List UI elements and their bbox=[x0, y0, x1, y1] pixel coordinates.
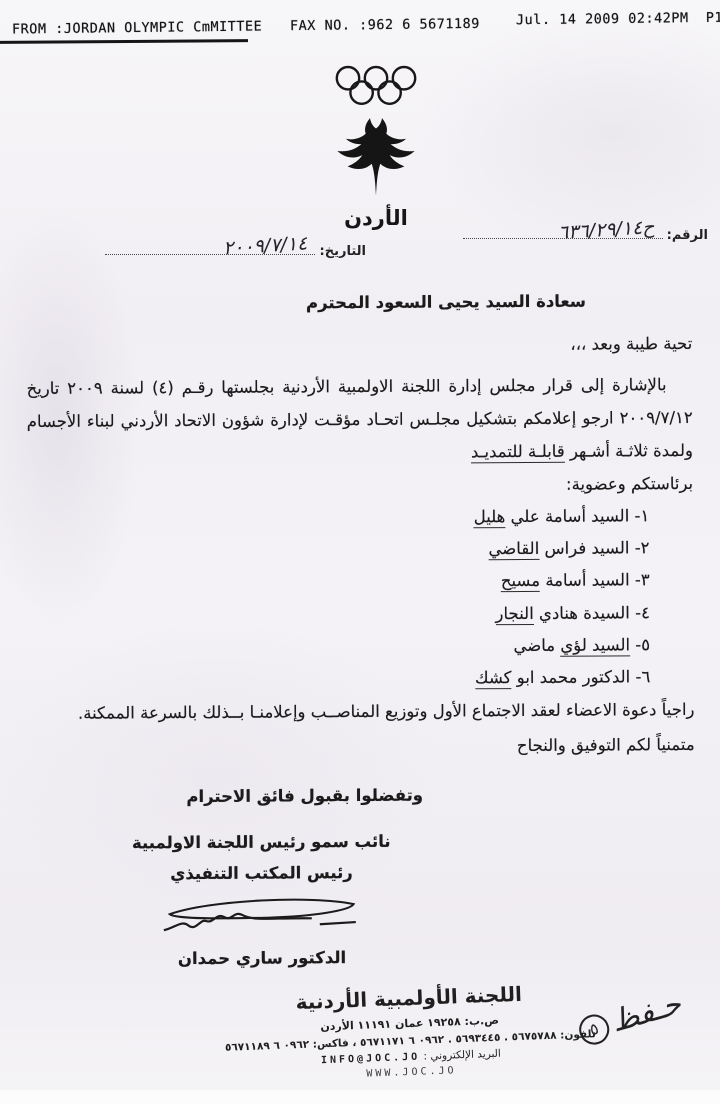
body-text: بالإشارة إلى قرار مجلس إدارة اللجنة الاو… bbox=[26, 375, 693, 461]
fax-from-line: FROM :JORDAN OLYMPIC CmMITTEE bbox=[12, 18, 262, 37]
reference-date-label: التاريخ: bbox=[320, 244, 366, 259]
recipient-line: سعادة السيد يحيى السعود المحترم bbox=[26, 285, 586, 321]
member-item: ٤- السيدة هنادي النجار bbox=[28, 597, 650, 633]
fax-header-rule bbox=[0, 39, 248, 44]
reference-date-value: ٢٠٠٩/٧/١٤ bbox=[223, 232, 308, 259]
closing-salutation: وتفضلوا بقبول فائق الاحترام bbox=[29, 779, 423, 814]
fax-datetime-line: Jul. 14 2009 02:42PM P1 bbox=[516, 10, 720, 29]
member-item: ١- السيد أسامة علي هليل bbox=[27, 500, 649, 536]
member-item: ٣- السيد أسامة مسيح bbox=[28, 565, 650, 601]
joc-tree-emblem-icon bbox=[333, 116, 419, 196]
member-item: ٥- السيد لؤي ماضي bbox=[28, 629, 650, 665]
signature-block: نائب سمو رئيس اللجنة الاولمبية رئيس المك… bbox=[127, 826, 396, 975]
fax-number-line: FAX NO. :962 6 5671189 bbox=[290, 16, 480, 34]
wishes-line: متمنياً لكم التوفيق والنجاح bbox=[29, 728, 695, 765]
scan-bottom-edge bbox=[0, 1090, 720, 1104]
signer-title-1: نائب سمو رئيس اللجنة الاولمبية bbox=[127, 826, 395, 859]
reference-number-line: الرقم: ح٦٣٦/٢٩/١٤ bbox=[408, 224, 708, 243]
handwritten-note-circled-number: ٥ bbox=[576, 1011, 613, 1048]
closing-request-paragraph: راجياً دعوة الاعضاء لعقد الاجتماع الأول … bbox=[28, 693, 694, 730]
reference-number-dotline: ح٦٣٦/٢٩/١٤ bbox=[463, 224, 663, 239]
greeting-line: تحية طيبة وبعد ،،، bbox=[26, 327, 692, 364]
footer-email-address: INFO@JOC.JO bbox=[321, 1052, 421, 1067]
jordan-olympic-letterhead: الأردن bbox=[296, 64, 456, 230]
olympic-rings-icon bbox=[332, 64, 420, 110]
reference-number-label: الرقم: bbox=[667, 228, 708, 243]
letter-body: سعادة السيد يحيى السعود المحترم تحية طيب… bbox=[26, 280, 696, 975]
reference-date-line: التاريخ: ٢٠٠٩/٧/١٤ bbox=[56, 240, 366, 259]
signer-title-2: رئيس المكتب التنفيذي bbox=[127, 857, 395, 890]
signer-name: الدكتور ساري حمدان bbox=[128, 942, 396, 975]
membership-intro-line: برئاستكم وعضوية: bbox=[27, 467, 693, 504]
member-item: ٦- الدكتور محمد ابو كشك bbox=[28, 661, 650, 697]
body-underlined-text: قابلـة للتمديـد bbox=[471, 442, 565, 464]
reference-date-dotline: ٢٠٠٩/٧/١٤ bbox=[105, 240, 315, 255]
reference-number-value: ح٦٣٦/٢٩/١٤ bbox=[557, 216, 655, 244]
members-list: ١- السيد أسامة علي هليل ٢- السيد فراس ال… bbox=[27, 500, 650, 697]
member-item: ٢- السيد فراس القاضي bbox=[27, 532, 649, 568]
footer-email-label: البريد الإلكتروني : bbox=[423, 1048, 501, 1063]
signature-scribble-icon bbox=[160, 891, 364, 938]
body-paragraph: بالإشارة إلى قرار مجلس إدارة اللجنة الاو… bbox=[26, 368, 693, 471]
